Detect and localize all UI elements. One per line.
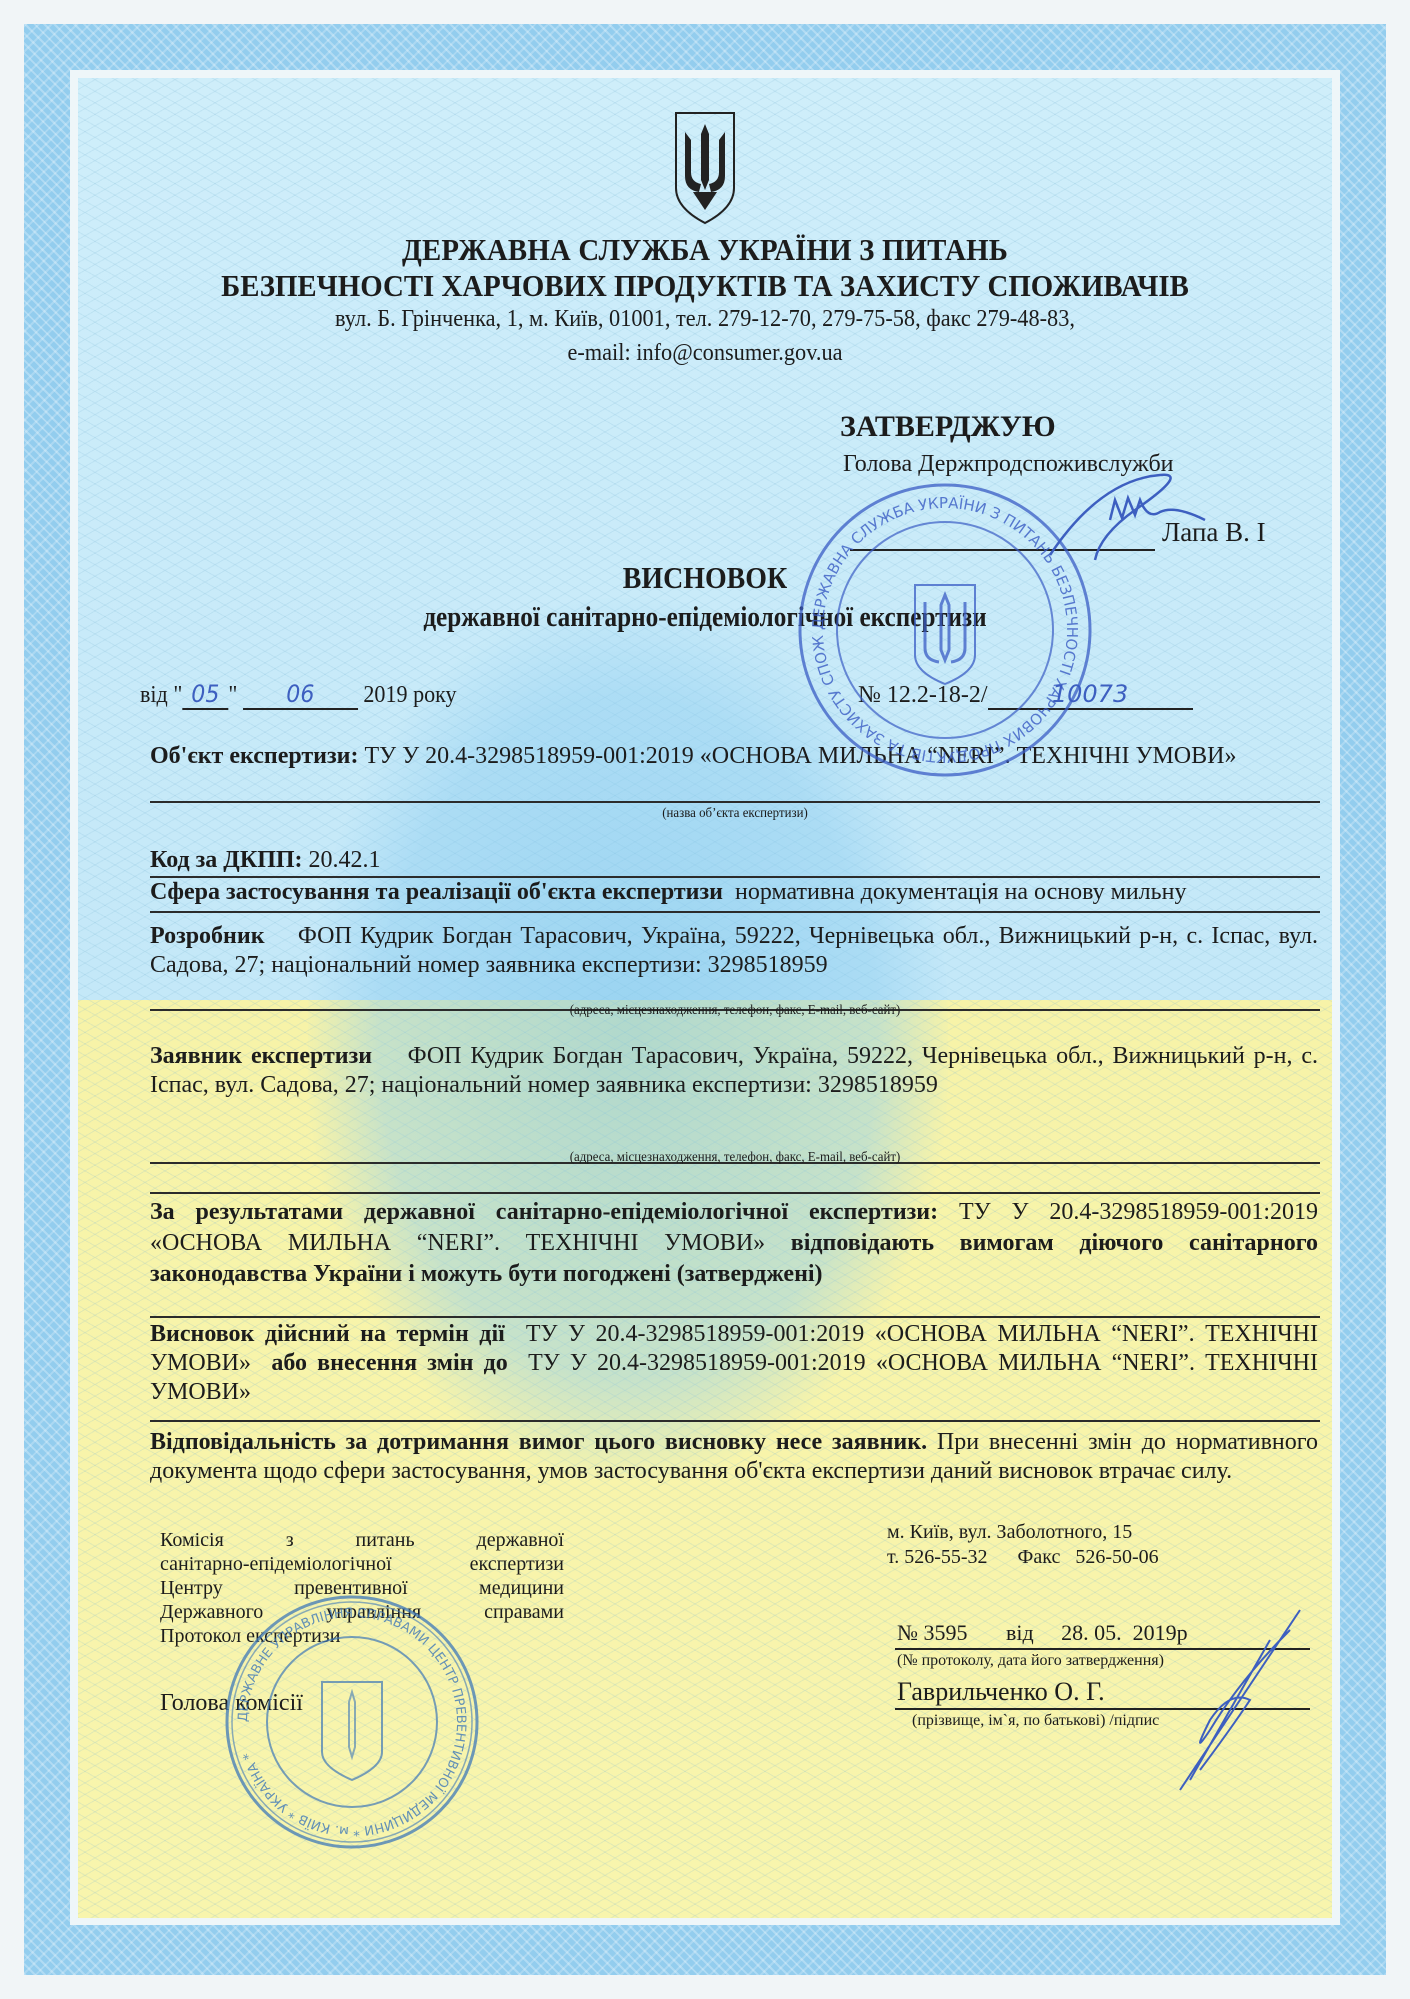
signer-line <box>895 1708 1310 1710</box>
applicant-section: Заявник експертизи ФОП Кудрик Богдан Тар… <box>150 1042 1318 1100</box>
document-title: ВИСНОВОК <box>161 560 1250 596</box>
commission-chair-label: Голова комісії <box>160 1690 303 1717</box>
approval-signature-line <box>850 549 1155 551</box>
scope-value: нормативна документація на основу мильну <box>735 879 1186 905</box>
results-section: За результатами державної санітарно-епід… <box>150 1197 1318 1290</box>
date-month: 06 <box>243 680 358 710</box>
approval-name: Лапа В. І <box>1162 517 1266 548</box>
document-subtitle: державної санітарно-епідеміологічної екс… <box>161 602 1250 634</box>
date-year: 2019 року <box>363 682 456 708</box>
document-number: № 12.2-18-2/10073 <box>858 680 1193 710</box>
responsibility-bold: Відповідальність за дотримання вимог цьо… <box>150 1429 927 1455</box>
developer-value: ФОП Кудрик Богдан Тарасович, Україна, 59… <box>150 923 1318 978</box>
approval-title: ЗАТВЕРДЖУЮ <box>840 410 1056 444</box>
developer-section: Розробник ФОП Кудрик Богдан Тарасович, У… <box>150 922 1318 980</box>
date-prefix: від " <box>140 682 182 708</box>
protocol-number-date: № 3595 від 28. 05. 2019р <box>897 1620 1188 1646</box>
document-date: від "05" 06 2019 року <box>140 680 457 710</box>
commission-line: Протокол експертизи <box>160 1624 564 1648</box>
code-section: Код за ДКПП: 20.42.1 <box>150 846 1318 875</box>
code-value: 20.42.1 <box>309 847 381 873</box>
validity-mid: або внесення змін до <box>271 1350 507 1376</box>
developer-caption: (адреса, місцезнаходження, телефон, факс… <box>197 1003 1273 1019</box>
number-handwritten: 10073 <box>988 680 1193 710</box>
results-label: За результатами державної санітарно-епід… <box>150 1199 938 1225</box>
agency-address: вул. Б. Грінченка, 1, м. Київ, 01001, те… <box>142 306 1267 333</box>
commission-block: Комісія з питань державної санітарно-епі… <box>160 1528 564 1648</box>
commission-line: Державного управління справами <box>160 1600 564 1624</box>
object-label: Об'єкт експертизи: <box>150 743 358 769</box>
trident-coat-of-arms-icon <box>673 110 737 226</box>
commission-line: Центру превентивної медицини <box>160 1576 564 1600</box>
applicant-label: Заявник експертизи <box>150 1043 372 1069</box>
commission-line: Комісія з питань державної <box>160 1528 564 1552</box>
signer-caption: (прізвище, ім`я, по батькові) /підпис <box>912 1712 1159 1730</box>
code-label: Код за ДКПП: <box>150 847 303 873</box>
commission-address: м. Київ, вул. Заболотного, 15 <box>887 1520 1132 1544</box>
protocol-line <box>895 1648 1310 1650</box>
object-value: ТУ У 20.4-3298518959-001:2019 «ОСНОВА МИ… <box>364 743 1236 769</box>
divider <box>150 1420 1320 1422</box>
divider <box>150 1192 1320 1194</box>
object-caption: (назва об’єкта експертизи) <box>197 806 1273 822</box>
agency-name-line2: БЕЗПЕЧНОСТІ ХАРЧОВИХ ПРОДУКТІВ ТА ЗАХИСТ… <box>142 268 1267 304</box>
commission-line: санітарно-епідеміологічної експертизи <box>160 1552 564 1576</box>
number-prefix: № 12.2-18-2/ <box>858 682 988 708</box>
applicant-caption: (адреса, місцезнаходження, телефон, факс… <box>197 1150 1273 1166</box>
validity-label: Висновок дійсний на термін дії <box>150 1321 505 1347</box>
commission-phone: т. 526-55-32 Факс 526-50-06 <box>887 1545 1159 1569</box>
responsibility-section: Відповідальність за дотримання вимог цьо… <box>150 1428 1318 1486</box>
date-mid: " <box>228 682 237 708</box>
scope-section: Сфера застосування та реалізації об'єкта… <box>150 878 1318 907</box>
divider <box>150 801 1320 803</box>
date-day: 05 <box>182 680 228 710</box>
signer-name: Гаврильченко О. Г. <box>897 1677 1105 1707</box>
protocol-caption: (№ протоколу, дата його затвердження) <box>897 1652 1164 1670</box>
validity-section: Висновок дійсний на термін дії ТУ У 20.4… <box>150 1320 1318 1407</box>
agency-email: e-mail: info@consumer.gov.ua <box>142 340 1267 367</box>
divider <box>150 911 1320 913</box>
approval-role: Голова Держпродспоживслужби <box>843 451 1174 478</box>
divider <box>150 1316 1320 1318</box>
agency-name-line1: ДЕРЖАВНА СЛУЖБА УКРАЇНИ З ПИТАНЬ <box>142 232 1267 268</box>
object-section: Об'єкт експертизи: ТУ У 20.4-3298518959-… <box>150 742 1318 771</box>
developer-label: Розробник <box>150 923 265 949</box>
scope-label: Сфера застосування та реалізації об'єкта… <box>150 879 723 905</box>
